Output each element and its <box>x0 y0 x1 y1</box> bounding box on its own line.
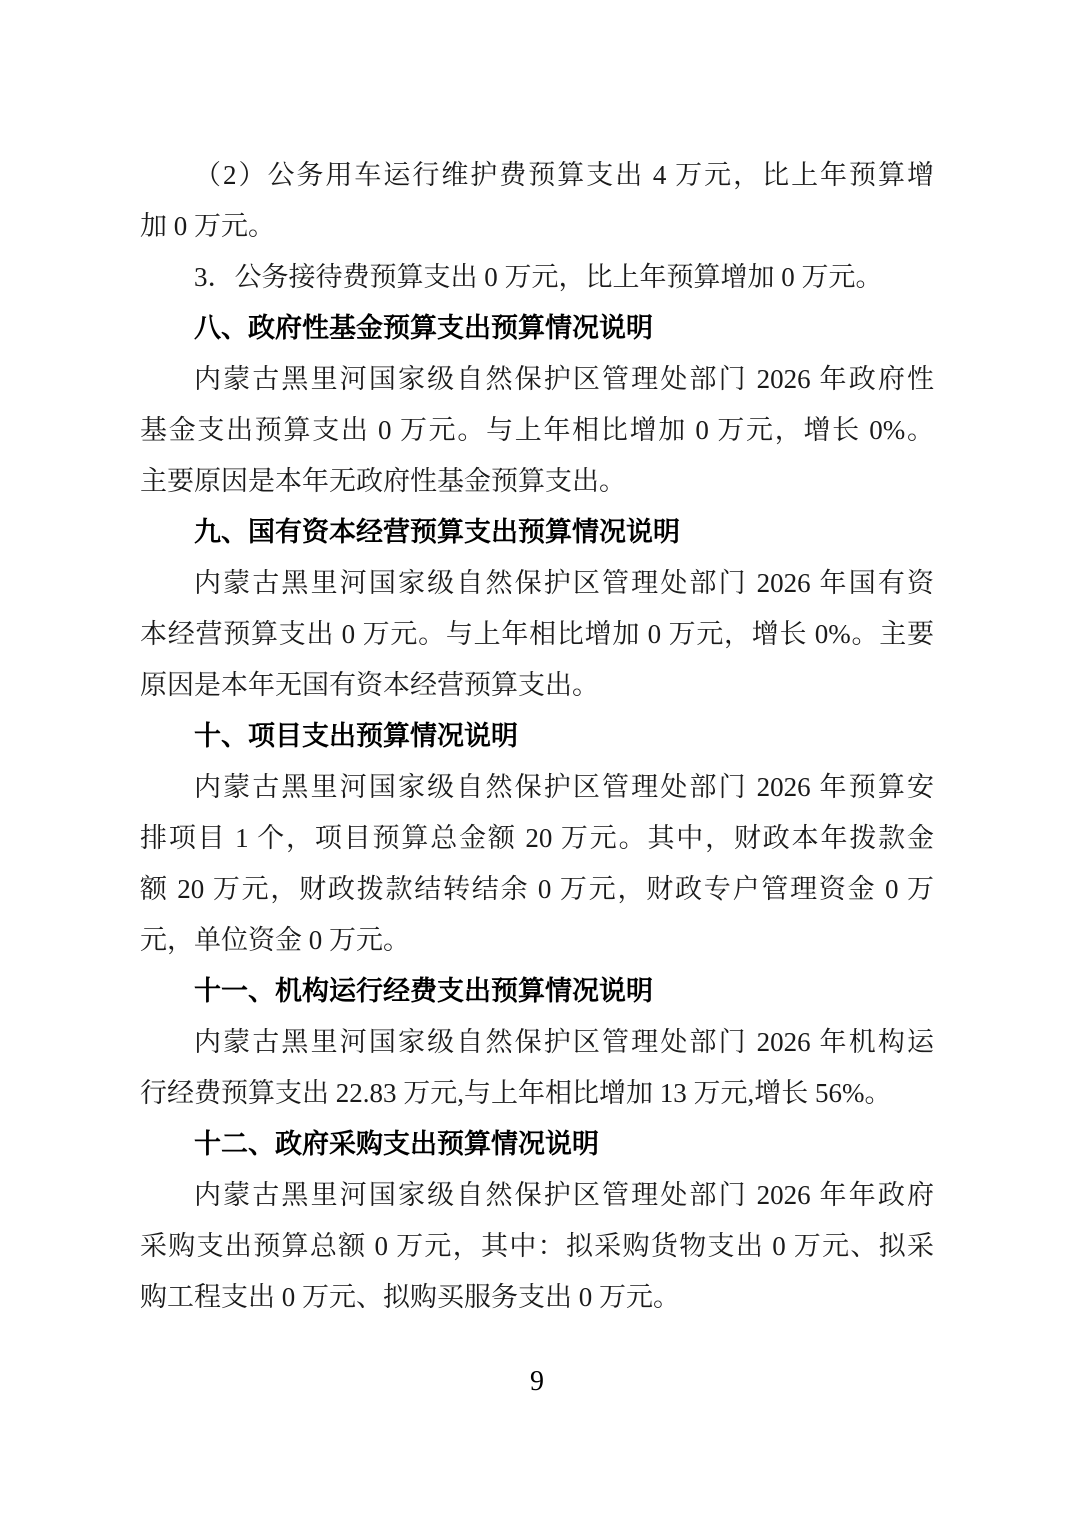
text-line: 内蒙古黑里河国家级自然保护区管理处部门 2026 年国有资 <box>140 558 934 609</box>
text-line: 行经费预算支出 22.83 万元,与上年相比增加 13 万元,增长 56%。 <box>140 1068 934 1119</box>
text-line: 本经营预算支出 0 万元。与上年相比增加 0 万元，增长 0%。主要 <box>140 609 934 660</box>
text-line: 购工程支出 0 万元、拟购买服务支出 0 万元。 <box>140 1272 934 1323</box>
body-paragraph: 内蒙古黑里河国家级自然保护区管理处部门 2026 年预算安排项目 1 个，项目预… <box>140 762 934 966</box>
text-line: 九、国有资本经营预算支出预算情况说明 <box>140 507 934 558</box>
text-line: 八、政府性基金预算支出预算情况说明 <box>140 303 934 354</box>
text-line: 内蒙古黑里河国家级自然保护区管理处部门 2026 年年政府 <box>140 1170 934 1221</box>
body-paragraph: 内蒙古黑里河国家级自然保护区管理处部门 2026 年国有资本经营预算支出 0 万… <box>140 558 934 711</box>
section-heading: 九、国有资本经营预算支出预算情况说明 <box>140 507 934 558</box>
text-line: 内蒙古黑里河国家级自然保护区管理处部门 2026 年预算安 <box>140 762 934 813</box>
text-line: （2）公务用车运行维护费预算支出 4 万元，比上年预算增 <box>140 150 934 201</box>
body-paragraph: 内蒙古黑里河国家级自然保护区管理处部门 2026 年政府性基金支出预算支出 0 … <box>140 354 934 507</box>
body-paragraph: 3．公务接待费预算支出 0 万元，比上年预算增加 0 万元。 <box>140 252 934 303</box>
page-number: 9 <box>0 1368 1074 1396</box>
text-line: 十二、政府采购支出预算情况说明 <box>140 1119 934 1170</box>
body-paragraph: （2）公务用车运行维护费预算支出 4 万元，比上年预算增加 0 万元。 <box>140 150 934 252</box>
section-heading: 十、项目支出预算情况说明 <box>140 711 934 762</box>
text-line: 基金支出预算支出 0 万元。与上年相比增加 0 万元，增长 0%。 <box>140 405 934 456</box>
section-heading: 十二、政府采购支出预算情况说明 <box>140 1119 934 1170</box>
text-line: 内蒙古黑里河国家级自然保护区管理处部门 2026 年政府性 <box>140 354 934 405</box>
text-line: 元，单位资金 0 万元。 <box>140 915 934 966</box>
document-content: （2）公务用车运行维护费预算支出 4 万元，比上年预算增加 0 万元。3．公务接… <box>140 150 934 1323</box>
text-line: 十一、机构运行经费支出预算情况说明 <box>140 966 934 1017</box>
text-line: 额 20 万元，财政拨款结转结余 0 万元，财政专户管理资金 0 万 <box>140 864 934 915</box>
body-paragraph: 内蒙古黑里河国家级自然保护区管理处部门 2026 年机构运行经费预算支出 22.… <box>140 1017 934 1119</box>
text-line: 加 0 万元。 <box>140 201 934 252</box>
text-line: 3．公务接待费预算支出 0 万元，比上年预算增加 0 万元。 <box>140 252 934 303</box>
text-line: 十、项目支出预算情况说明 <box>140 711 934 762</box>
text-line: 内蒙古黑里河国家级自然保护区管理处部门 2026 年机构运 <box>140 1017 934 1068</box>
body-paragraph: 内蒙古黑里河国家级自然保护区管理处部门 2026 年年政府采购支出预算总额 0 … <box>140 1170 934 1323</box>
text-line: 采购支出预算总额 0 万元，其中：拟采购货物支出 0 万元、拟采 <box>140 1221 934 1272</box>
text-line: 主要原因是本年无政府性基金预算支出。 <box>140 456 934 507</box>
text-line: 原因是本年无国有资本经营预算支出。 <box>140 660 934 711</box>
section-heading: 八、政府性基金预算支出预算情况说明 <box>140 303 934 354</box>
document-page: （2）公务用车运行维护费预算支出 4 万元，比上年预算增加 0 万元。3．公务接… <box>0 0 1074 1520</box>
text-line: 排项目 1 个，项目预算总金额 20 万元。其中，财政本年拨款金 <box>140 813 934 864</box>
section-heading: 十一、机构运行经费支出预算情况说明 <box>140 966 934 1017</box>
